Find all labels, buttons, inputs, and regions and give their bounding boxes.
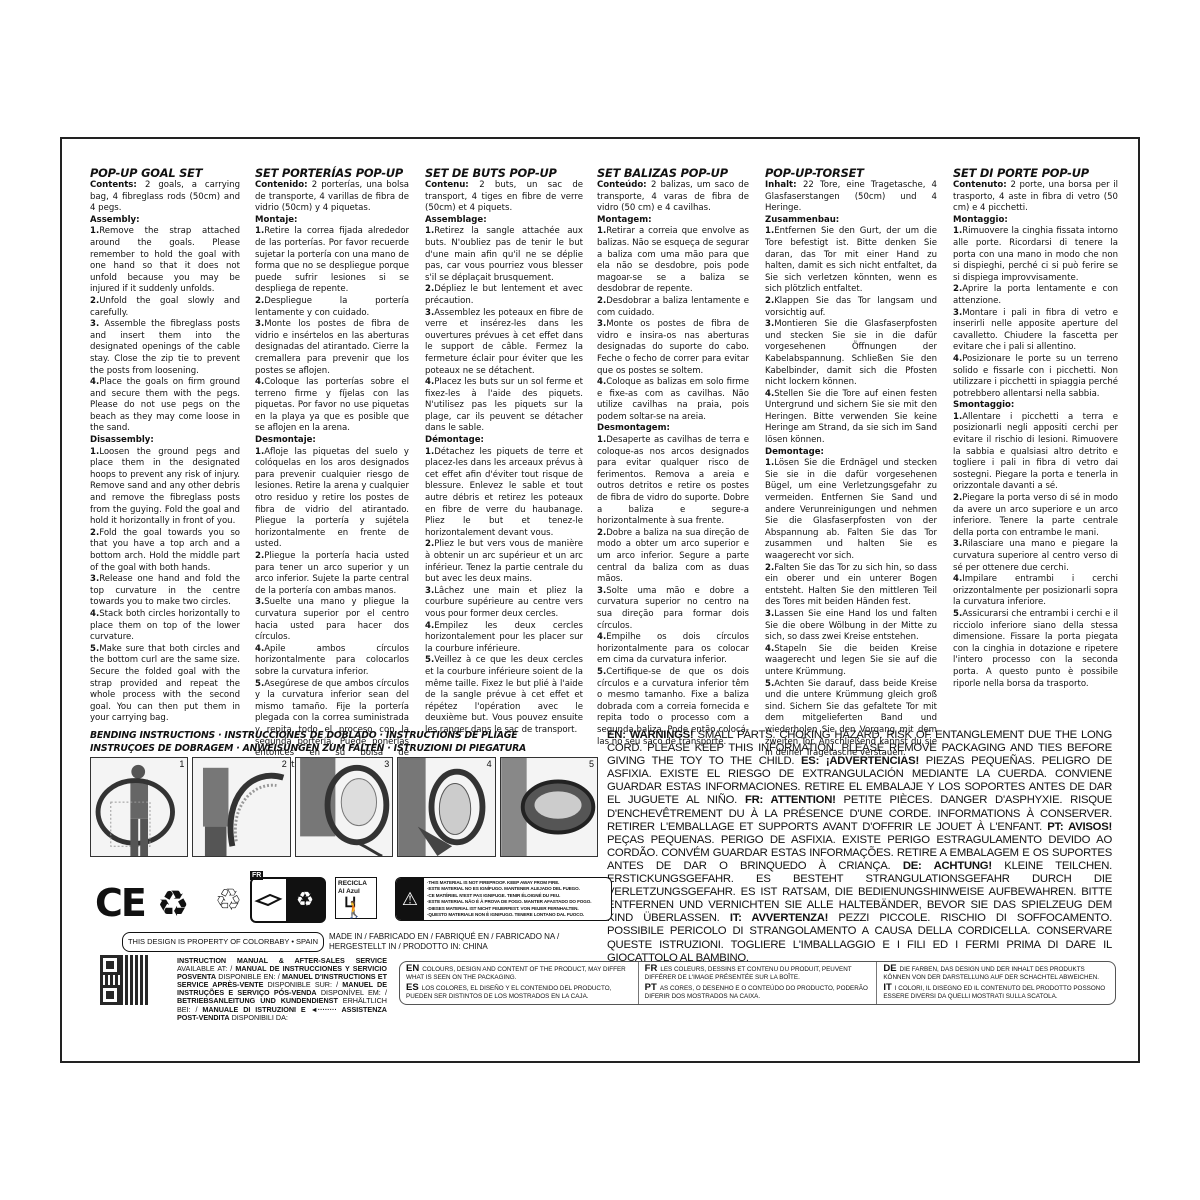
disassembly-step: 4.Stapeln Sie die beiden Kreise waagerec… xyxy=(765,644,937,679)
assembly-step: 1.Remove the strap attached around the g… xyxy=(90,226,240,296)
assembly-step: 4.Coloque las porterías sobre el terreno… xyxy=(255,377,409,435)
disassembly-step: 1.Lösen Sie die Erdnägel und stecken Sie… xyxy=(765,458,937,562)
contents-text: Contenu: 2 buts, un sac de transport, 4 … xyxy=(425,180,583,215)
disassembly-step: 1.Afloje las piquetas del suelo y colóqu… xyxy=(255,447,409,551)
step-number: 2 xyxy=(282,759,287,769)
contents-text: Conteúdo: 2 balizas, um saco de transpor… xyxy=(597,180,749,215)
bending-title-line2: INSTRUÇOES DE DOBRAGEM · ANWEISUNGEN ZUM… xyxy=(90,742,600,755)
assembly-step: 2.Aprire la porta lentamente e con atten… xyxy=(953,284,1118,307)
disclaimer-item: DEDIE FARBEN, DAS DESIGN UND DER INHALT … xyxy=(883,965,1109,981)
language-column: POP-UP GOAL SETContents: 2 goals, a carr… xyxy=(90,167,240,725)
disassembly-step: 1.Allentare i picchetti a terra e posizi… xyxy=(953,412,1118,493)
contents-text: Contenido: 2 porterías, una bolsa de tra… xyxy=(255,180,409,215)
made-in-notice: MADE IN / FABRICADO EN / FABRIQUÉ EN / F… xyxy=(329,932,559,952)
disassembly-step: 5.Assicurarsi che entrambi i cerchi e il… xyxy=(953,609,1118,690)
language-column: POP-UP-TORSETInhalt: 22 Tore, eine Trage… xyxy=(765,167,937,760)
column-title: SET DE BUTS POP-UP xyxy=(425,167,583,180)
assembly-step: 1.Retirar a correia que envolve as baliz… xyxy=(597,226,749,296)
disclaimer-column: ENCOLOURS, DESIGN AND CONTENT OF THE PRO… xyxy=(400,962,639,1004)
recicla-al-azul-icon: RECICLA Al Azul ⊔🚶 xyxy=(335,877,377,919)
warning-label: PT: AVISOS! xyxy=(1047,821,1112,833)
contents-text: Inhalt: 22 Tore, eine Tragetasche, 4 Gla… xyxy=(765,180,937,215)
assembly-step: 3.Monte los postes de fibra de vidrio e … xyxy=(255,319,409,377)
column-title: SET DI PORTE POP-UP xyxy=(953,167,1118,180)
qr-code[interactable] xyxy=(100,955,150,1005)
triman-icon: ♲ xyxy=(215,883,242,918)
disassembly-step: 2.Fold the goal towards you so that you … xyxy=(90,528,240,574)
step-number: 1 xyxy=(179,759,184,769)
folding-step-photo: 2 xyxy=(192,757,290,857)
fr-sorting-info-icon: FR ♻ xyxy=(250,877,326,923)
assembly-heading: Montaje: xyxy=(255,215,409,227)
disassembly-step: 2.Pliegue la portería hacia usted para t… xyxy=(255,551,409,597)
disassembly-step: 3.Release one hand and fold the top curv… xyxy=(90,574,240,609)
disclaimer-item: PTAS CORES, O DESENHO E O CONTEÚDO DO PR… xyxy=(645,984,871,1000)
warning-triangle-icon: ⚠ xyxy=(396,878,424,920)
bending-instructions-header: BENDING INSTRUCTIONS · INSTRUCCIONES DE … xyxy=(90,729,600,755)
disassembly-heading: Disassembly: xyxy=(90,435,240,447)
folding-steps-photos: 1 2 3 4 5 xyxy=(90,757,598,857)
language-column: SET PORTERÍAS POP-UPContenido: 2 porterí… xyxy=(255,167,409,771)
assembly-heading: Montagem: xyxy=(597,215,749,227)
disassembly-step: 4.Empilhe os dois círculos horizontalmen… xyxy=(597,632,749,667)
warning-label: FR: ATTENTION! xyxy=(745,794,836,806)
assembly-step: 4.Placez les buts sur un sol ferme et fi… xyxy=(425,377,583,435)
disclaimer-column: DEDIE FARBEN, DAS DESIGN UND DER INHALT … xyxy=(877,962,1115,1004)
step-number: 5 xyxy=(589,759,594,769)
disassembly-step: 4.Apile ambos círculos horizontalmente p… xyxy=(255,644,409,679)
language-columns: POP-UP GOAL SETContents: 2 goals, a carr… xyxy=(90,167,1130,732)
language-column: SET BALIZAS POP-UPConteúdo: 2 balizas, u… xyxy=(597,167,749,748)
assembly-step: 4.Posizionare le porte su un terreno sol… xyxy=(953,354,1118,400)
assembly-step: 4.Coloque as balizas em solo firme e fix… xyxy=(597,377,749,423)
disassembly-step: 5.Veillez à ce que les deux cercles et l… xyxy=(425,655,583,736)
disassembly-step: 1.Loosen the ground pegs and place them … xyxy=(90,447,240,528)
assembly-step: 2.Klappen Sie das Tor langsam und vorsic… xyxy=(765,296,937,319)
person-stacking-circles-icon xyxy=(398,758,494,856)
assembly-step: 2.Unfold the goal slowly and carefully. xyxy=(90,296,240,319)
disassembly-step: 3.Suelte una mano y pliegue la curvatura… xyxy=(255,597,409,643)
disassembly-step: 3.Solte uma mão e dobre a curvatura supe… xyxy=(597,586,749,632)
column-title: POP-UP-TORSET xyxy=(765,167,937,180)
assembly-step: 1.Retirez la sangle attachée aux buts. N… xyxy=(425,226,583,284)
contents-text: Contents: 2 goals, a carrying bag, 4 fib… xyxy=(90,180,240,215)
safety-warnings: EN: WARNINGS! SMALL PARTS. CHOKING HAZAR… xyxy=(607,729,1112,965)
recycling-bin-icon: ♻ xyxy=(286,879,324,921)
assembly-heading: Zusammenbau: xyxy=(765,215,937,227)
folding-step-photo: 5 xyxy=(500,757,598,857)
language-column: SET DI PORTE POP-UPContenuto: 2 porte, u… xyxy=(953,167,1118,690)
recycle-icon: ♻ xyxy=(157,883,189,925)
manual-service-info: INSTRUCTION MANUAL & AFTER-SALES SERVICE… xyxy=(177,957,387,1022)
disclaimer-item: FRLES COLEURS, DESSINS ET CONTENU DU PRO… xyxy=(645,965,871,981)
disassembly-heading: Smontaggio: xyxy=(953,400,1118,412)
warning-label: ES: ¡ADVERTENCIAS! xyxy=(801,755,919,767)
assembly-step: 3.Montare i pali in fibra di vetro e ins… xyxy=(953,308,1118,354)
disassembly-heading: Desmontagem: xyxy=(597,423,749,435)
assembly-step: 3.Assemblez les poteaux en fibre de verr… xyxy=(425,308,583,378)
fr-tag: FR xyxy=(250,871,263,880)
assembly-heading: Montaggio: xyxy=(953,215,1118,227)
assembly-step: 4.Place the goals on firm ground and sec… xyxy=(90,377,240,435)
assembly-step: 2.Desdobrar a baliza lentamente e com cu… xyxy=(597,296,749,319)
column-title: SET BALIZAS POP-UP xyxy=(597,167,749,180)
property-notice: THIS DESIGN IS PROPERTY OF COLORBABY • S… xyxy=(122,932,324,952)
assembly-step: 3. Assemble the fibreglass posts and ins… xyxy=(90,319,240,377)
disclaimer-item: ITI COLORI, IL DISEGNO ED IL CONTENUTO D… xyxy=(883,984,1109,1000)
disassembly-step: 5.Make sure that both circles and the bo… xyxy=(90,644,240,725)
language-column: SET DE BUTS POP-UPContenu: 2 buts, un sa… xyxy=(425,167,583,737)
disassembly-step: 2.Pliez le but vers vous de manière à ob… xyxy=(425,539,583,585)
disassembly-step: 2.Piegare la porta verso di sé in modo d… xyxy=(953,493,1118,539)
assembly-step: 3.Montieren Sie die Glasfaserpfosten und… xyxy=(765,319,937,389)
disassembly-heading: Desmontaje: xyxy=(255,435,409,447)
compliance-symbols: CE ♻ ♲ FR ♻ RECICLA Al Azul ⊔🚶 ⚠ ·THIS M… xyxy=(95,877,575,927)
assembly-heading: Assemblage: xyxy=(425,215,583,227)
fire-warning-text: ·THIS MATERIAL IS NOT FIREPROOF. KEEP AW… xyxy=(427,880,591,918)
fire-warning-box: ⚠ ·THIS MATERIAL IS NOT FIREPROOF. KEEP … xyxy=(395,877,612,921)
disassembly-step: 4.Empilez les deux cercles horizontaleme… xyxy=(425,621,583,656)
disassembly-heading: Démontage: xyxy=(425,435,583,447)
bending-title-line1: BENDING INSTRUCTIONS · INSTRUCCIONES DE … xyxy=(90,729,600,742)
assembly-step: 4.Stellen Sie die Tore auf einen festen … xyxy=(765,389,937,447)
disassembly-step: 4.Impilare entrambi i cerchi orizzontalm… xyxy=(953,574,1118,609)
disclaimer-column: FRLES COLEURS, DESSINS ET CONTENU DU PRO… xyxy=(639,962,878,1004)
assembly-step: 1.Retire la correa fijada alrededor de l… xyxy=(255,226,409,296)
folding-step-photo: 4 xyxy=(397,757,495,857)
product-disclaimer-box: ENCOLOURS, DESIGN AND CONTENT OF THE PRO… xyxy=(399,961,1116,1005)
instruction-sheet: POP-UP GOAL SETContents: 2 goals, a carr… xyxy=(60,137,1140,1063)
assembly-step: 2.Dépliez le but lentement et avec préca… xyxy=(425,284,583,307)
disassembly-step: 4.Stack both circles horizontally to pla… xyxy=(90,609,240,644)
column-title: POP-UP GOAL SET xyxy=(90,167,240,180)
disassembly-step: 3.Lassen Sie eine Hand los und falten Si… xyxy=(765,609,937,644)
person-making-circles-icon xyxy=(296,758,392,856)
assembly-step: 3.Monte os postes de fibra de vidro e in… xyxy=(597,319,749,377)
disassembly-step: 3.Rilasciare una mano e piegare la curva… xyxy=(953,539,1118,574)
disassembly-heading: Demontage: xyxy=(765,447,937,459)
step-number: 4 xyxy=(487,759,492,769)
disclaimer-item: ESLOS COLORES, EL DISEÑO Y EL CONTENIDO … xyxy=(406,984,632,1000)
folding-step-photo: 1 xyxy=(90,757,188,857)
ce-mark-icon: CE xyxy=(95,881,145,925)
contents-text: Contenuto: 2 porte, una borsa per il tra… xyxy=(953,180,1118,215)
folding-step-photo: 3 xyxy=(295,757,393,857)
assembly-step: 1.Entfernen Sie den Gurt, der um die Tor… xyxy=(765,226,937,296)
assembly-step: 2.Despliegue la portería lentamente y co… xyxy=(255,296,409,319)
assembly-heading: Assembly: xyxy=(90,215,240,227)
disassembly-step: 1.Détachez les piquets de terre et place… xyxy=(425,447,583,540)
recicla-title: RECICLA xyxy=(338,880,374,888)
packaging-arrow-icon xyxy=(252,879,286,921)
disassembly-step: 1.Desaperte as cavilhas de terra e coloq… xyxy=(597,435,749,528)
warning-label: IT: AVVERTENZA! xyxy=(730,912,828,924)
disassembly-step: 2.Falten Sie das Tor zu sich hin, so das… xyxy=(765,563,937,609)
disassembly-step: 3.Lâchez une main et pliez la courbure s… xyxy=(425,586,583,621)
assembly-step: 1.Rimuovere la cinghia fissata intorno a… xyxy=(953,226,1118,284)
person-folding-goal-icon xyxy=(193,758,289,856)
warning-label: DE: ACHTUNG! xyxy=(903,860,992,872)
column-title: SET PORTERÍAS POP-UP xyxy=(255,167,409,180)
person-holding-goal-icon xyxy=(91,758,187,856)
disassembly-step: 2.Dobre a baliza na sua direção de modo … xyxy=(597,528,749,586)
step-number: 3 xyxy=(384,759,389,769)
disclaimer-item: ENCOLOURS, DESIGN AND CONTENT OF THE PRO… xyxy=(406,965,632,981)
folded-goal-icon xyxy=(501,758,597,856)
warning-label: EN: WARNINGS! xyxy=(607,729,693,741)
